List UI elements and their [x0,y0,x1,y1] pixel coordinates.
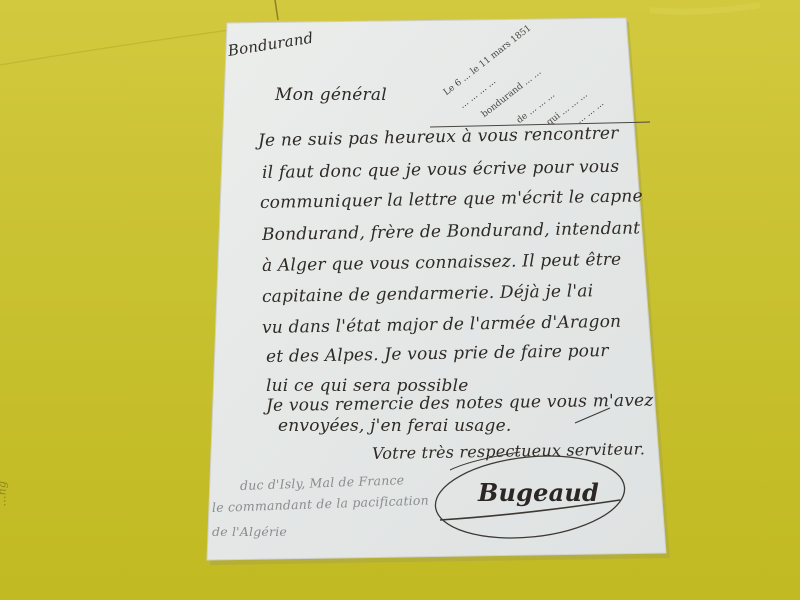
salutation: Mon général [275,85,387,105]
signature: Bugeaud [478,478,599,507]
photo-background: { "document": { "type": "handwritten let… [0,0,800,600]
body-line: envoyées, j'en ferai usage. [278,416,511,436]
pencil-note-line: de l'Algérie [212,524,287,539]
backdrop-scrawl: ...ng [0,481,9,507]
